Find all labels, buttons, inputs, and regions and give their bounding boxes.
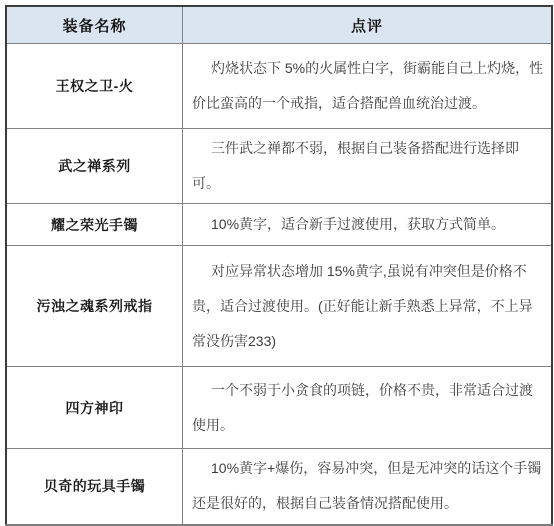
equipment-review-table: 装备名称 点评 王权之卫-火 灼烧状态下 5%的火属性白字，街霸能自己上灼烧，性… (5, 5, 553, 526)
table-row: 四方神印 一个不弱于小贪食的项链，价格不贵，非常适合过渡使用。 (6, 367, 552, 449)
comment-cell: 对应异常状态增加 15%黄字,虽说有冲突但是价格不贵，适合过渡使用。(正好能让新… (183, 246, 553, 367)
equipment-name-cell: 武之禅系列 (6, 129, 183, 204)
header-comment: 点评 (183, 6, 553, 44)
table-row: 耀之荣光手镯 10%黄字，适合新手过渡使用，获取方式简单。 (6, 204, 552, 246)
comment-cell: 10%黄字，适合新手过渡使用，获取方式简单。 (183, 204, 553, 246)
table-row: 贝奇的玩具手镯 10%黄字+爆伤，容易冲突，但是无冲突的话这个手镯还是很好的，根… (6, 449, 552, 525)
table-row: 王权之卫-火 灼烧状态下 5%的火属性白字，街霸能自己上灼烧，性价比蛮高的一个戒… (6, 44, 552, 129)
header-equipment-name: 装备名称 (6, 6, 183, 44)
equipment-name-cell: 四方神印 (6, 367, 183, 449)
comment-cell: 灼烧状态下 5%的火属性白字，街霸能自己上灼烧，性价比蛮高的一个戒指，适合搭配兽… (183, 44, 553, 129)
equipment-name-cell: 污浊之魂系列戒指 (6, 246, 183, 367)
table-row: 污浊之魂系列戒指 对应异常状态增加 15%黄字,虽说有冲突但是价格不贵，适合过渡… (6, 246, 552, 367)
comment-cell: 10%黄字+爆伤，容易冲突，但是无冲突的话这个手镯还是很好的，根据自己装备情况搭… (183, 449, 553, 525)
table-header-row: 装备名称 点评 (6, 6, 552, 44)
equipment-name-cell: 贝奇的玩具手镯 (6, 449, 183, 525)
comment-cell: 三件武之禅都不弱，根据自己装备搭配进行选择即可。 (183, 129, 553, 204)
equipment-name-cell: 王权之卫-火 (6, 44, 183, 129)
table-row: 武之禅系列 三件武之禅都不弱，根据自己装备搭配进行选择即可。 (6, 129, 552, 204)
comment-cell: 一个不弱于小贪食的项链，价格不贵，非常适合过渡使用。 (183, 367, 553, 449)
equipment-name-cell: 耀之荣光手镯 (6, 204, 183, 246)
